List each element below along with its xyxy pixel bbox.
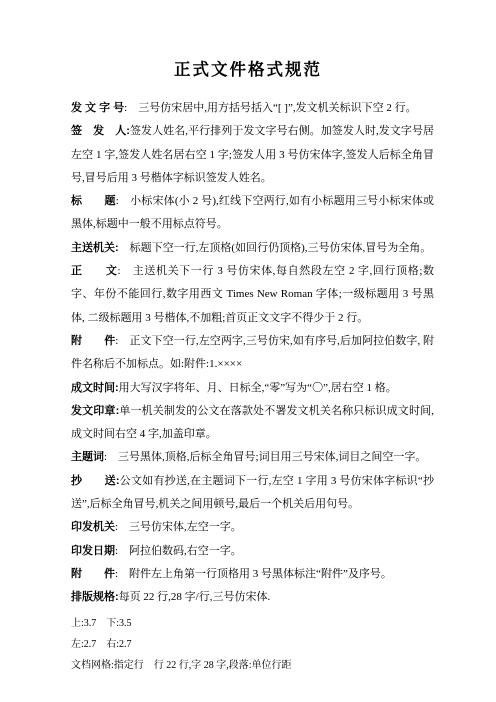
page-title: 正式文件格式规范 [0, 56, 496, 80]
spec-description: 阿拉伯数码,右空一字。 [118, 545, 242, 557]
spec-item-zhengwen: 正 文: 主送机关下一行 3 号仿宋体,每自然段左空 2 字,回行顶格;数字、年… [71, 260, 434, 330]
document-body: 发 文 字 号: 三号仿宋居中,用方括号括入“[ ]”,发文机关标识下空 2 行… [0, 97, 496, 676]
spec-item-fujian-1: 附 件: 正文下空一行,左空两字,三号仿宋,如有序号,后加阿拉伯数字, 附件名称… [71, 330, 434, 377]
spec-description: 主送机关下一行 3 号仿宋体,每自然段左空 2 字,回行顶格;数字、年份不能回行… [71, 265, 434, 324]
spec-term: 印发机关 [71, 521, 115, 533]
spec-description: 标题下空一行,左顶格(如回行仍顶格),三号仿宋体,冒号为全角。 [119, 242, 432, 254]
spec-term: 正 文 [71, 265, 117, 277]
spec-item-zhusongjiguan: 主送机关: 标题下空一行,左顶格(如回行仍顶格),三号仿宋体,冒号为全角。 [71, 237, 434, 260]
spec-item-fawenzihao: 发 文 字 号: 三号仿宋居中,用方括号括入“[ ]”,发文机关标识下空 2 行… [71, 97, 434, 120]
margin-top-bottom-note: 上:3.7 下:3.5 [71, 613, 434, 634]
spec-term: 主题词 [71, 451, 104, 463]
layout-notes: 上:3.7 下:3.5 左:2.7 右:2.7 文档网格:指定行 行 22 行,… [71, 613, 434, 676]
spec-term: 附 件 [71, 335, 115, 347]
spec-term: 印发日期 [71, 545, 115, 557]
spec-term: 抄 送 [71, 475, 116, 487]
spec-term: 标 题 [71, 195, 116, 207]
spec-term: 主送机关 [71, 242, 115, 254]
spec-term: 发文印章 [71, 405, 116, 417]
spec-item-fujian-2: 附 件: 附件左上角第一行顶格用 3 号黑体标注“附件”及序号。 [71, 563, 434, 586]
spec-description: 用大写汉字将年、月、日标全,“零”写为“〇”,居右空 1 格。 [119, 382, 397, 394]
spec-term: 附 件 [71, 568, 115, 580]
spec-item-yinfajiguan: 印发机关: 三号仿宋体,左空一字。 [71, 516, 434, 539]
spec-item-zhutici: 主题词: 三号黑体,顶格,后标全角冒号;词目用三号宋体,词目之间空一字。 [71, 446, 434, 469]
document-page: 正式文件格式规范 发 文 字 号: 三号仿宋居中,用方括号括入“[ ]”,发文机… [0, 0, 496, 702]
spec-item-qianfaren: 签 发 人:签发人姓名,平行排列于发文字号右侧。加签发人时,发文字号居左空 1 … [71, 120, 434, 190]
spec-term: 发 文 字 号 [71, 102, 124, 114]
spec-description: 三号黑体,顶格,后标全角冒号;词目用三号宋体,词目之间空一字。 [107, 451, 426, 463]
spec-description: 单一机关制发的公文在落款处不署发文机关名称只标识成文时间,成文时间右空 4 字,… [71, 405, 434, 440]
spec-item-chaosong: 抄 送:公文如有抄送,在主题词下一行,左空 1 字用 3 号仿宋体字标识“抄送”… [71, 470, 434, 517]
spec-item-chengwenshijian: 成文时间:用大写汉字将年、月、日标全,“零”写为“〇”,居右空 1 格。 [71, 377, 434, 400]
spec-item-biaoti: 标 题: 小标宋体(小 2 号),红线下空两行,如有小标题用三号小标宋体或黑体,… [71, 190, 434, 237]
spec-item-paibanguige: 排版规格:每页 22 行,28 字/行,三号仿宋体. [71, 586, 434, 609]
spec-term: 排版规格 [71, 591, 115, 603]
spec-description: 正文下空一行,左空两字,三号仿宋,如有序号,后加阿拉伯数字, 附件名称后不加标点… [71, 335, 434, 370]
spec-description: 三号仿宋体,左空一字。 [118, 521, 242, 533]
spec-description: 公文如有抄送,在主题词下一行,左空 1 字用 3 号仿宋体字标识“抄送”,后标全… [71, 475, 434, 510]
document-grid-note: 文档网格:指定行 行 22 行,字 28 字,段落:单位行距 [71, 655, 434, 676]
spec-term: 签 发 人 [71, 125, 126, 137]
spec-term: 成文时间 [71, 382, 115, 394]
spec-item-yinfariqi: 印发日期: 阿拉伯数码,右空一字。 [71, 540, 434, 563]
spec-description: 每页 22 行,28 字/行,三号仿宋体. [119, 591, 271, 603]
margin-left-right-note: 左:2.7 右:2.7 [71, 634, 434, 655]
spec-description: 附件左上角第一行顶格用 3 号黑体标注“附件”及序号。 [118, 568, 392, 580]
spec-item-fawenyinzhang: 发文印章:单一机关制发的公文在落款处不署发文机关名称只标识成文时间,成文时间右空… [71, 400, 434, 447]
spec-description: 三号仿宋居中,用方括号括入“[ ]”,发文机关标识下空 2 行。 [127, 102, 416, 114]
spec-description: 小标宋体(小 2 号),红线下空两行,如有小标题用三号小标宋体或黑体,标题中一般… [71, 195, 434, 230]
